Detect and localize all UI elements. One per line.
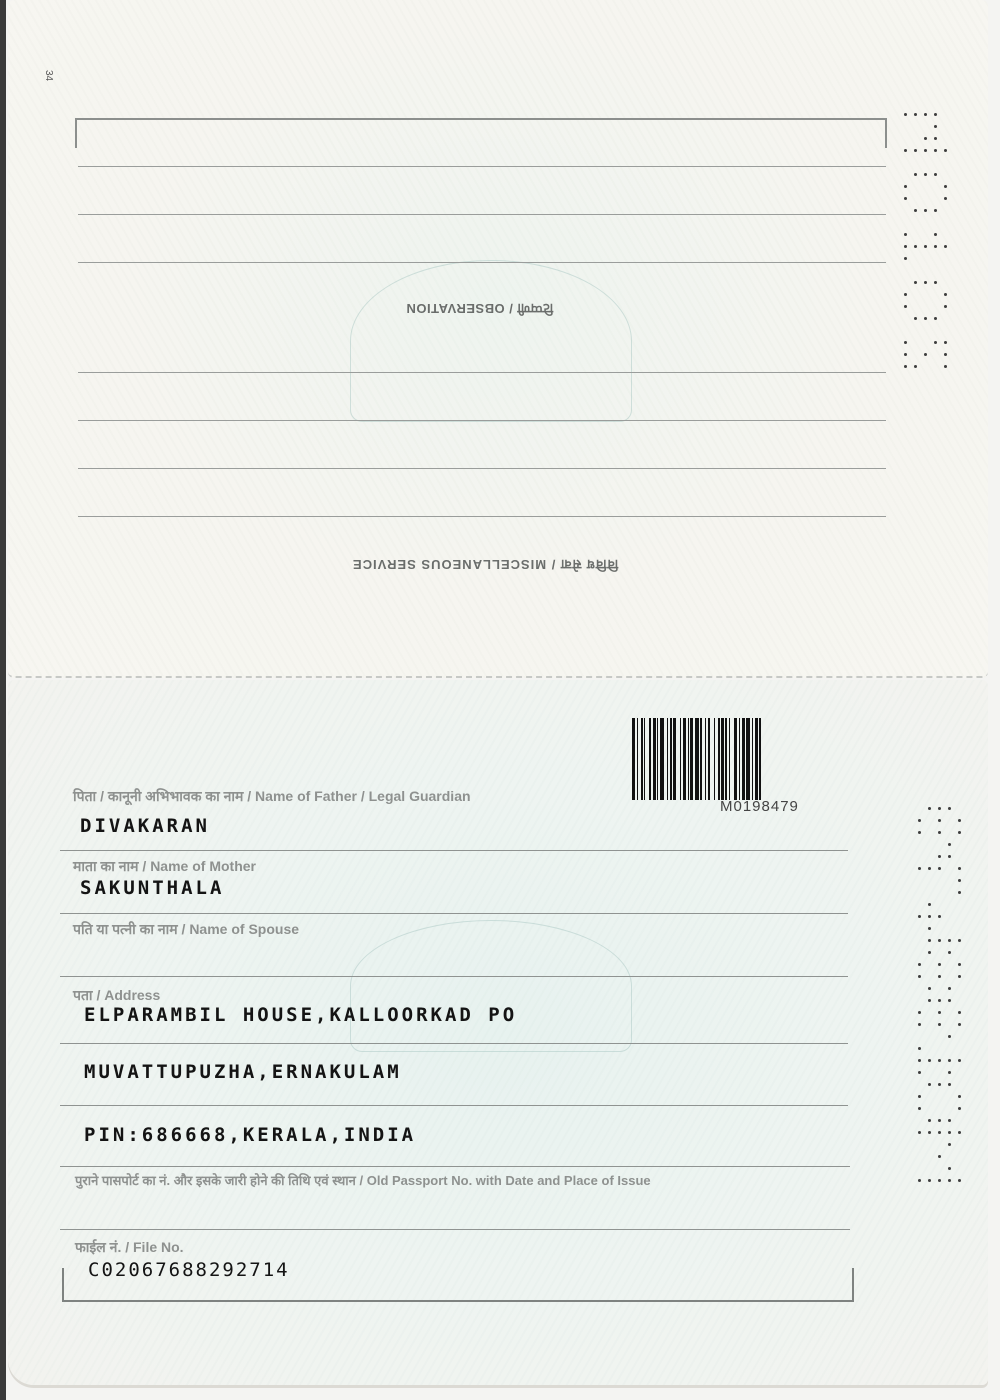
observation-box-top — [75, 118, 887, 148]
field-rule — [60, 1229, 850, 1230]
observation-line — [78, 516, 886, 517]
observation-line — [78, 468, 886, 469]
observation-line — [78, 214, 886, 215]
address-line-2: MUVATTUPUZHA,ERNAKULAM — [84, 1061, 402, 1083]
address-line-3: PIN:686668,KERALA,INDIA — [84, 1124, 416, 1146]
observation-heading: टिप्पणी / OBSERVATION — [380, 300, 580, 318]
emblem-watermark-bottom — [350, 920, 632, 1052]
observation-line — [78, 166, 886, 167]
field-rule — [60, 1105, 848, 1106]
address-label: पता / Address — [73, 986, 160, 1005]
file-number-value: C02067688292714 — [88, 1259, 290, 1281]
spouse-name-label: पति या पत्नी का नाम / Name of Spouse — [73, 920, 299, 939]
field-rule — [60, 1166, 850, 1167]
field-rule — [60, 850, 848, 851]
field-rule — [60, 976, 848, 977]
father-name-label: पिता / कानूनी अभिभावक का नाम / Name of F… — [73, 787, 471, 806]
perforated-number-top — [900, 108, 950, 384]
observation-line — [78, 262, 886, 263]
father-name-value: DIVAKARAN — [80, 815, 210, 837]
field-rule — [60, 913, 848, 914]
miscellaneous-service-text: विविध सेवा / MISCELLANEOUS SERVICE — [352, 556, 618, 574]
file-number-label: फाईल नं. / File No. — [75, 1238, 184, 1257]
page-number: 34 — [43, 70, 54, 81]
old-passport-label: पुराने पासपोर्ट का नं. और इसके जारी होने… — [75, 1171, 651, 1189]
perforated-number-bottom — [914, 802, 964, 1186]
emblem-watermark-top — [350, 260, 632, 422]
barcode — [632, 718, 906, 800]
observation-line — [78, 372, 886, 373]
address-line-1: ELPARAMBIL HOUSE,KALLOORKAD PO — [84, 1004, 517, 1026]
observation-heading-text: टिप्पणी / OBSERVATION — [406, 300, 553, 318]
field-rule — [60, 1043, 848, 1044]
miscellaneous-service-heading: विविध सेवा / MISCELLANEOUS SERVICE — [320, 556, 650, 574]
barcode-number: M0198479 — [720, 798, 799, 815]
observation-line — [78, 420, 886, 421]
book-spine-edge — [0, 0, 6, 1400]
mother-name-value: SAKUNTHALA — [80, 877, 224, 899]
mother-name-label: माता का नाम / Name of Mother — [73, 857, 256, 876]
